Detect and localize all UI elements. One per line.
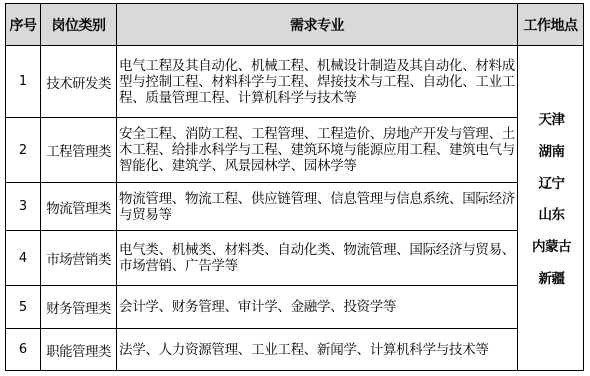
row-index: 1 — [6, 46, 40, 117]
row-index: 2 — [6, 118, 40, 182]
row-index: 6 — [6, 329, 40, 370]
row-majors: 电气工程及其自动化、机械工程、机械设计制造及其自动化、材料成型与控制工程、材料科… — [117, 46, 517, 117]
row-category: 工程管理类 — [41, 118, 116, 182]
header-location: 工作地点 — [518, 4, 583, 46]
recruitment-table: 序号 岗位类别 需求专业 工作地点 1 技术研发类 电气工程及其自动化、机械工程… — [5, 3, 584, 371]
row-majors: 安全工程、消防工程、工程管理、工程造价、房地产开发与管理、土木工程、给排水科学与… — [117, 118, 517, 182]
row-majors: 会计学、财务管理、审计学、金融学、投资学等 — [117, 286, 517, 328]
location-item: 内蒙古 — [518, 235, 585, 255]
header-index: 序号 — [6, 4, 40, 46]
row-majors: 物流管理、物流工程、供应链管理、信息管理与信息系统、国际经济与贸易等 — [117, 183, 517, 230]
row-category: 技术研发类 — [41, 46, 116, 117]
row-category: 职能管理类 — [41, 329, 116, 370]
location-item: 新疆 — [518, 267, 585, 287]
location-item: 辽宁 — [518, 172, 585, 192]
row-category: 市场营销类 — [41, 231, 116, 285]
location-item: 湖南 — [518, 140, 585, 160]
row-majors: 电气类、机械类、材料类、自动化类、物流管理、国际经济与贸易、市场营销、广告学等 — [117, 231, 517, 285]
row-majors: 法学、人力资源管理、工业工程、新闻学、计算机科学与技术等 — [117, 329, 517, 370]
header-majors: 需求专业 — [117, 4, 517, 46]
row-category: 物流管理类 — [41, 183, 116, 230]
row-index: 5 — [6, 286, 40, 328]
location-item: 山东 — [518, 203, 585, 223]
row-category: 财务管理类 — [41, 286, 116, 328]
row-index: 4 — [6, 231, 40, 285]
row-index: 3 — [6, 183, 40, 230]
header-category: 岗位类别 — [41, 4, 116, 46]
location-item: 天津 — [518, 108, 585, 128]
